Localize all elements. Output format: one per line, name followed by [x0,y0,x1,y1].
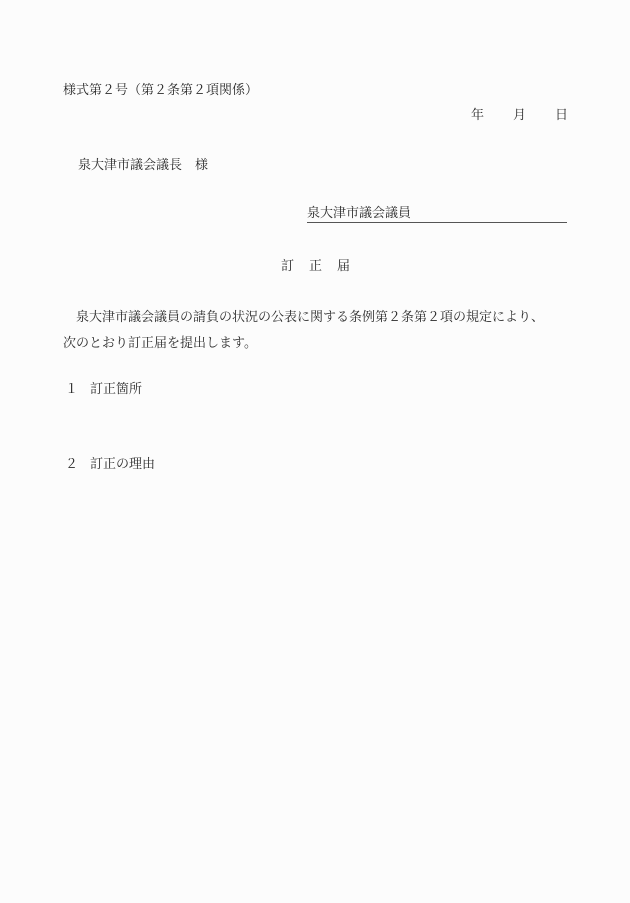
item-number: ２ [65,456,90,474]
title-char: 届 [337,258,350,276]
item-number: １ [65,381,90,399]
item-correction-location: １訂正箇所 [65,381,142,399]
item-correction-reason: ２訂正の理由 [65,456,155,474]
date-day: 日 [555,107,568,125]
title-char: 正 [309,258,322,276]
sender-label: 泉大津市議会議員 [307,206,411,221]
addressee: 泉大津市議会議長様 [78,157,208,175]
title-char: 訂 [281,258,294,276]
item-label: 訂正の理由 [90,457,155,472]
date-year: 年 [471,107,513,125]
addressee-honorific: 様 [195,158,208,173]
date-line: 年月日 [471,107,568,125]
date-month: 月 [513,107,555,125]
body-line-1: 泉大津市議会議員の請負の状況の公表に関する条例第２条第２項の規定により、 [63,305,573,331]
addressee-name: 泉大津市議会議長 [78,158,182,173]
form-label: 様式第２号（第２条第２項関係） [63,82,258,100]
body-line-2: 次のとおり訂正届を提出します。 [63,331,573,357]
item-label: 訂正箇所 [90,382,142,397]
document-title: 訂正届 [281,258,350,276]
sender-signature-line: 泉大津市議会議員 [307,206,567,223]
body-paragraph: 泉大津市議会議員の請負の状況の公表に関する条例第２条第２項の規定により、 次のと… [63,305,573,357]
